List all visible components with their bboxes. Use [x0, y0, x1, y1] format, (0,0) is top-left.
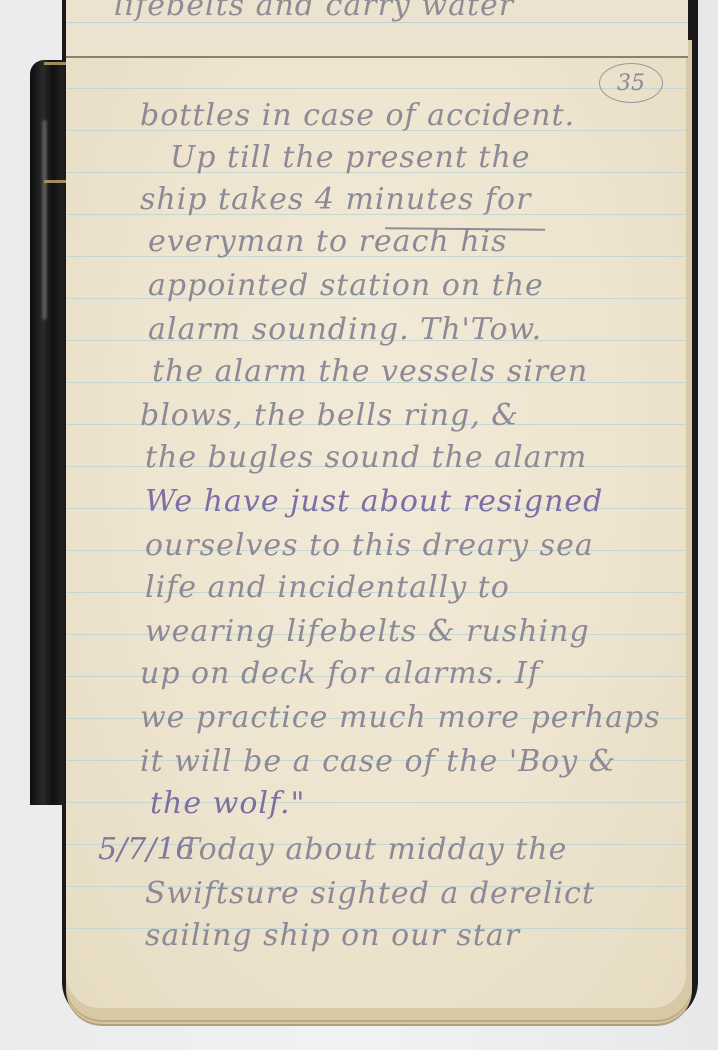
handwritten-line: appointed station on the	[148, 268, 544, 303]
notebook-spine	[30, 60, 68, 805]
previous-page-line: lifebelts and carry water	[114, 0, 514, 23]
handwritten-line: ourselves to this dreary sea	[145, 528, 594, 563]
spine-highlight	[42, 120, 47, 320]
handwritten-line: everyman to reach his	[148, 224, 508, 259]
handwritten-line: blows, the bells ring, &	[140, 398, 519, 433]
handwritten-line: wearing lifebelts & rushing	[145, 614, 590, 649]
handwritten-line: Today about midday the	[180, 832, 567, 867]
handwritten-line: it will be a case of the 'Boy &	[140, 744, 616, 779]
handwritten-line: up on deck for alarms. If	[140, 656, 540, 691]
handwritten-line: We have just about resigned	[145, 484, 603, 519]
binding-thread	[44, 180, 66, 183]
handwritten-line: sailing ship on our star	[145, 918, 520, 953]
handwritten-line: bottles in case of accident.	[140, 98, 575, 133]
handwritten-line: life and incidentally to	[145, 570, 510, 605]
binding-thread	[44, 62, 66, 65]
handwritten-line: the alarm the vessels siren	[152, 354, 588, 389]
ruled-line	[66, 22, 688, 23]
handwritten-line: we practice much more perhaps	[140, 700, 661, 735]
handwritten-line: Swiftsure sighted a derelict	[145, 876, 595, 911]
handwritten-line: the wolf."	[150, 786, 305, 821]
handwritten-line: alarm sounding. Th'Tow.	[148, 312, 542, 347]
handwritten-line: Up till the present the	[170, 140, 531, 175]
notebook-photo: lifebelts and carry water 35 bottles in …	[0, 0, 718, 1050]
page-number-circle: 35	[599, 63, 663, 103]
handwritten-line: the bugles sound the alarm	[145, 440, 587, 475]
handwritten-line: ship takes 4 minutes for	[140, 182, 531, 217]
previous-page-strip: lifebelts and carry water	[66, 0, 688, 58]
ruled-line	[66, 88, 686, 89]
